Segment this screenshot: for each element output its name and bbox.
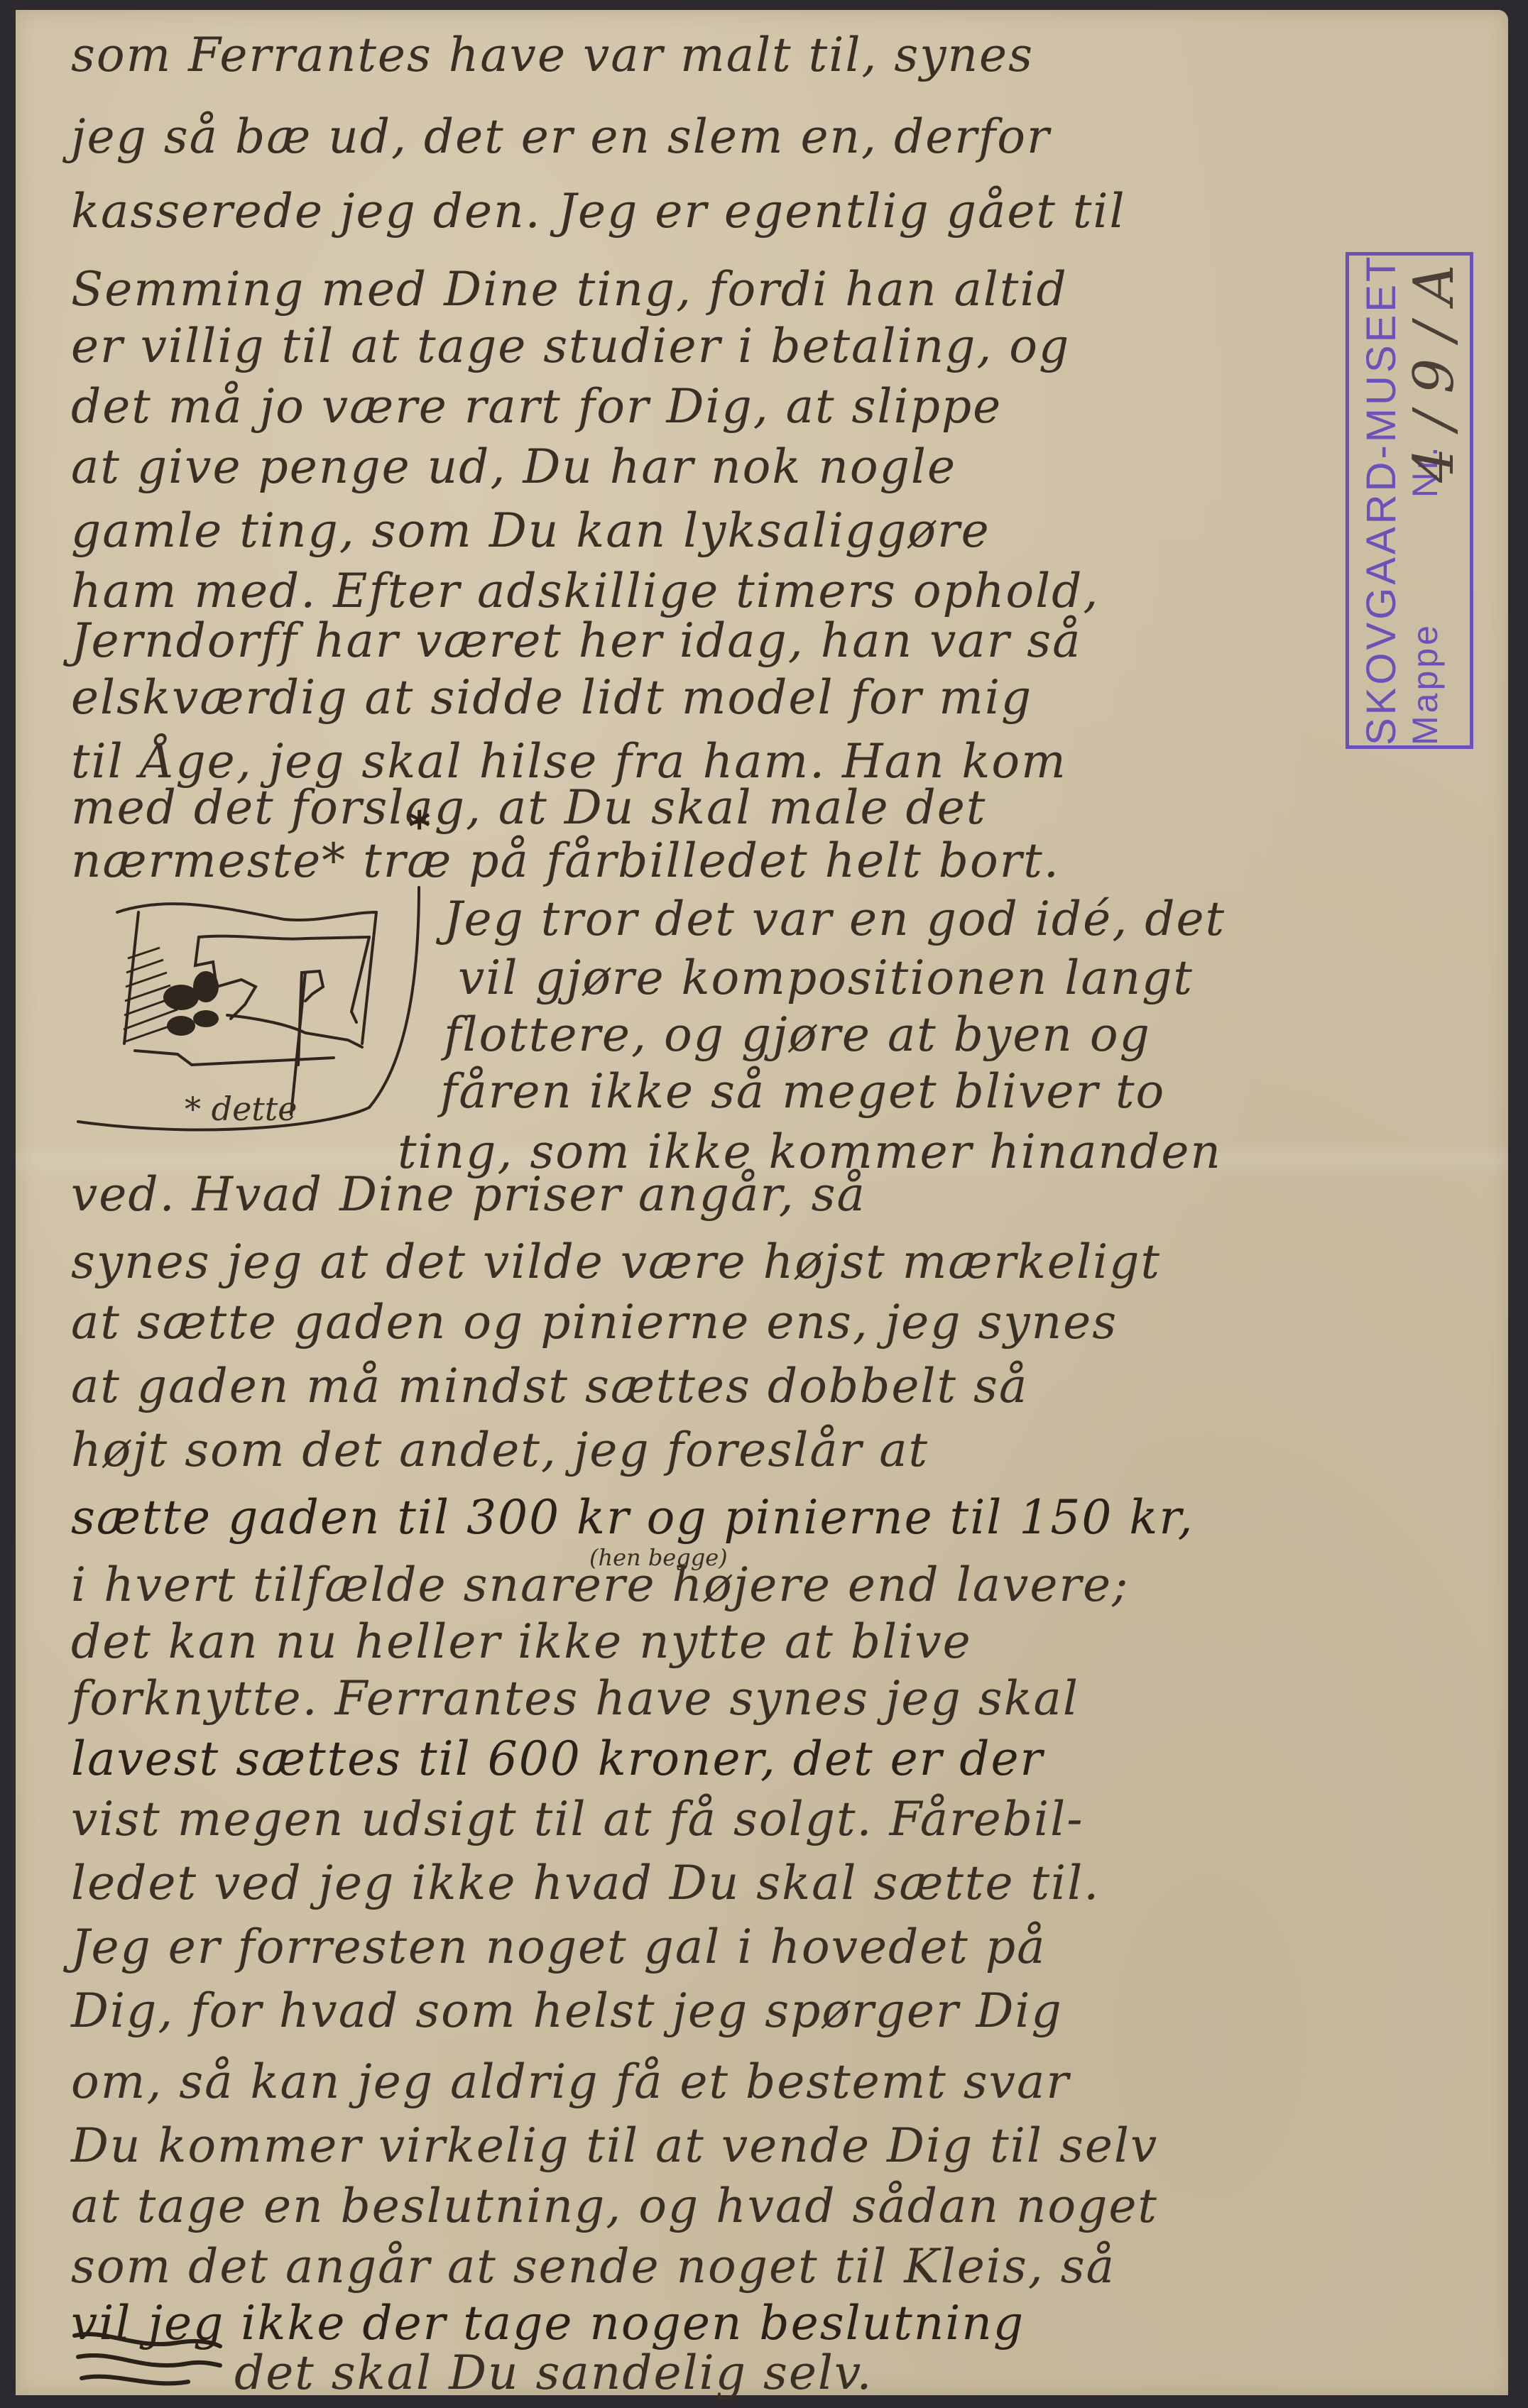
letter-line: Jerndorff har været her idag, han var så bbox=[71, 618, 1082, 664]
letter-line: lavest sættes til 600 kroner, det er der bbox=[71, 1736, 1044, 1783]
letter-line: Semming med Dine ting, fordi han altid bbox=[71, 266, 1068, 313]
letter-line: fåren ikke så meget bliver to bbox=[440, 1068, 1165, 1115]
letter-line: at sætte gaden og pinierne ens, jeg syne… bbox=[71, 1299, 1118, 1346]
letter-line: som Ferrantes have var malt til, synes bbox=[71, 32, 1034, 79]
letter-line: med det forslag, at Du skal male det bbox=[71, 784, 986, 831]
letter-line: ledet ved jeg ikke hvad Du skal sætte ti… bbox=[71, 1860, 1100, 1907]
letter-line: det skal Du sandelig selv. bbox=[234, 2350, 873, 2397]
letter-line: vist megen udsigt til at få solgt. Fåreb… bbox=[71, 1796, 1084, 1843]
letter-line: at tage en beslutning, og hvad sådan nog… bbox=[71, 2183, 1158, 2230]
letter-line: til Åge, jeg skal hilse fra ham. Han kom bbox=[71, 738, 1067, 785]
stamp-mappe-label: Mappe Nr. bbox=[1404, 444, 1446, 745]
letter-line: det kan nu heller ikke nytte at blive bbox=[71, 1619, 972, 1665]
letter-line: Du kommer virkelig til at vende Dig til … bbox=[71, 2123, 1158, 2169]
letter-line: sætte gaden til 300 kr og pinierne til 1… bbox=[71, 1494, 1194, 1541]
letter-line: vil gjøre kompositionen langt bbox=[458, 955, 1194, 1002]
letter-line: nærmeste* træ på fårbilledet helt bort. bbox=[71, 838, 1060, 885]
museum-stamp: SKOVGAARD-MUSEET Mappe Nr. 4 / 9 / A bbox=[1346, 252, 1473, 749]
sketch-caption: * dette bbox=[185, 1090, 297, 1128]
letter-line: kasserede jeg den. Jeg er egentlig gået … bbox=[71, 188, 1126, 235]
letter-line: at give penge ud, Du har nok nogle bbox=[71, 444, 956, 491]
letter-line: forknytte. Ferrantes have synes jeg skal bbox=[71, 1675, 1079, 1722]
letter-line: højt som det andet, jeg foreslår at bbox=[71, 1427, 929, 1474]
letter-line: gamle ting, som Du kan lyksaliggøre bbox=[71, 508, 991, 554]
letter-line: om, så kan jeg aldrig få et bestemt svar bbox=[71, 2059, 1070, 2106]
letter-line: som det angår at sende noget til Kleis, … bbox=[71, 2243, 1115, 2290]
stamp-mappe-text: Mappe bbox=[1405, 623, 1445, 745]
letter-line: ham med. Efter adskillige timers ophold, bbox=[71, 568, 1099, 615]
letter-line: Jeg er forresten noget gal i hovedet på bbox=[71, 1924, 1046, 1971]
emphasis-underline-icon bbox=[71, 2321, 227, 2407]
letter-line: flottere, og gjøre at byen og bbox=[444, 1012, 1151, 1058]
letter-line: synes jeg at det vilde være højst mærkel… bbox=[71, 1239, 1161, 1286]
stamp-handwritten-number: 4 / 9 / A bbox=[1402, 265, 1466, 483]
letter-line: det må jo være rart for Dig, at slippe bbox=[71, 383, 1002, 430]
asterisk-mark: * bbox=[408, 802, 430, 852]
letter-line: elskværdig at sidde lidt model for mig bbox=[71, 674, 1032, 721]
letter-line: Jeg tror det var en god idé, det bbox=[444, 896, 1226, 943]
letter-line: jeg så bæ ud, det er en slem en, derfor bbox=[71, 114, 1051, 160]
stamp-museum-name: SKOVGAARD-MUSEET bbox=[1358, 254, 1405, 745]
letter-line: i hvert tilfælde snarere højere end lave… bbox=[71, 1562, 1129, 1609]
letter-line: ved. Hvad Dine priser angår, så bbox=[71, 1171, 866, 1218]
letter-line: Dig, for hvad som helst jeg spørger Dig bbox=[71, 1988, 1063, 2035]
letter-line: at gaden må mindst sættes dobbelt så bbox=[71, 1363, 1028, 1410]
letter-line: er villig til at tage studier i betaling… bbox=[71, 323, 1070, 370]
